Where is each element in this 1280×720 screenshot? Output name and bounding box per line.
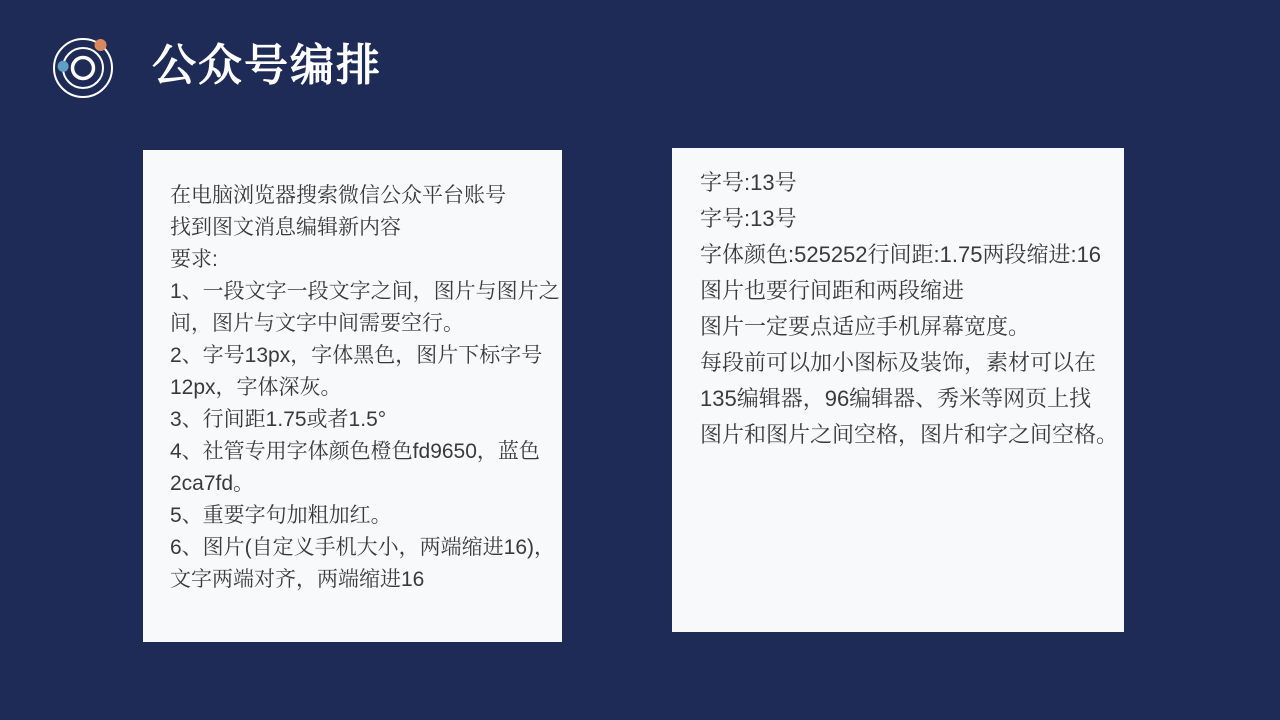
blue-planet-dot [58, 61, 69, 72]
text-line: 图片也要行间距和两段缩进 [700, 273, 1110, 309]
text-line: 字号:13号 [700, 201, 1110, 237]
text-line: 2、字号13px，字体黑色，图片下标字号 [170, 340, 544, 372]
text-line: 字号:13号 [700, 165, 1110, 201]
notes-card-right: 字号:13号 字号:13号 字体颜色:525252行间距:1.75两段缩进:16… [672, 148, 1124, 632]
text-line: 间，图片与文字中间需要空行。 [170, 308, 544, 340]
orbit-ring-middle [63, 48, 103, 88]
text-line: 图片和图片之间空格，图片和字之间空格。 [700, 417, 1110, 453]
notes-card-left: 在电脑浏览器搜索微信公众平台账号 找到图文消息编辑新内容 要求: 1、一段文字一… [143, 150, 562, 642]
text-line: 6、图片(自定义手机大小，两端缩进16)， [170, 532, 544, 564]
text-line: 在电脑浏览器搜索微信公众平台账号 [170, 180, 544, 212]
orbit-logo-icon [48, 31, 118, 101]
text-line: 图片一定要点适应手机屏幕宽度。 [700, 309, 1110, 345]
text-line: 字体颜色:525252行间距:1.75两段缩进:16 [700, 237, 1110, 273]
text-line: 要求: [170, 244, 544, 276]
slide: 公众号编排 在电脑浏览器搜索微信公众平台账号 找到图文消息编辑新内容 要求: 1… [0, 0, 1280, 720]
text-line: 12px，字体深灰。 [170, 372, 544, 404]
text-line: 2ca7fd。 [170, 468, 544, 500]
page-title: 公众号编排 [152, 40, 382, 92]
text-line: 1、一段文字一段文字之间，图片与图片之 [170, 276, 544, 308]
text-line: 找到图文消息编辑新内容 [170, 212, 544, 244]
text-line: 135编辑器，96编辑器、秀米等网页上找 [700, 381, 1110, 417]
text-line: 5、重要字句加粗加红。 [170, 500, 544, 532]
text-line: 每段前可以加小图标及装饰，素材可以在 [700, 345, 1110, 381]
text-line: 文字两端对齐，两端缩进16 [170, 564, 544, 596]
orange-planet-dot [95, 39, 107, 51]
orbit-ring-inner [73, 58, 94, 79]
text-line: 4、社管专用字体颜色橙色fd9650，蓝色 [170, 436, 544, 468]
text-line: 3、行间距1.75或者1.5° [170, 404, 544, 436]
